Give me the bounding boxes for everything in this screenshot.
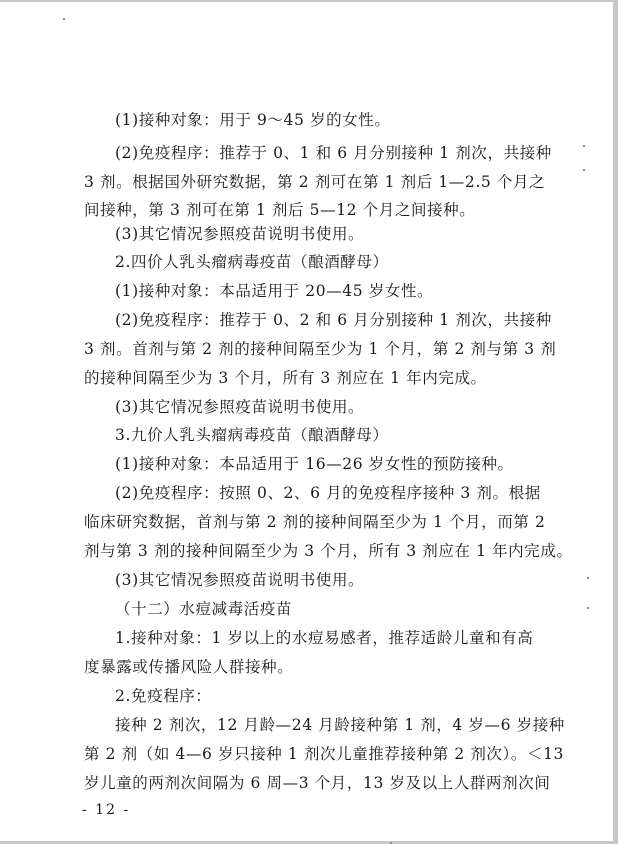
text-line: 3 剂。首剂与第 2 剂的接种间隔至少为 1 个月，第 2 剂与第 3 剂 [84,339,556,359]
text-line: (3)其它情况参照疫苗说明书使用。 [115,570,364,590]
text-line: 间接种，第 3 剂可在第 1 剂后 5—12 个月之间接种。 [84,200,475,220]
scan-speck [587,607,589,609]
text-line: (1)接种对象：本品适用于 16—26 岁女性的预防接种。 [115,454,514,474]
text-line: 3 剂。根据国外研究数据，第 2 剂可在第 1 剂后 1—2.5 个月之 [84,172,545,192]
text-line: (2)免疫程序：推荐于 0、2 和 6 月分别接种 1 剂次，共接种 [115,310,552,330]
text-line: 3.九价人乳头瘤病毒疫苗（酿酒酵母） [115,425,389,445]
scan-speck [587,577,589,579]
text-line: (1)接种对象：本品适用于 20—45 岁女性。 [115,281,433,301]
text-line: 岁儿童的两剂次间隔为 6 周—3 个月，13 岁及以上人群两剂次间 [84,773,550,793]
text-line: （十二）水痘减毒活疫苗 [115,599,292,619]
scan-speck [583,145,585,147]
text-line: (1)接种对象：用于 9～45 岁的女性。 [115,110,391,130]
text-line: 剂与第 3 剂的接种间隔至少为 3 个月，所有 3 剂应在 1 年内完成。 [84,541,573,561]
text-line: 第 2 剂（如 4—6 岁只接种 1 剂次儿童推荐接种第 2 剂次）。＜13 [84,744,564,764]
text-line: 2.四价人乳头瘤病毒疫苗（酿酒酵母） [115,252,389,272]
text-line: 2.免疫程序： [115,686,212,706]
text-line: (3)其它情况参照疫苗说明书使用。 [115,224,364,244]
text-line: 度暴露或传播风险人群接种。 [84,657,293,677]
text-line: (3)其它情况参照疫苗说明书使用。 [115,397,364,417]
scan-speck [63,18,65,20]
text-line: 1.接种对象：1 岁以上的水痘易感者，推荐适龄儿童和有高 [115,628,533,648]
text-line: 临床研究数据，首剂与第 2 剂的接种间隔至少为 1 个月，而第 2 [84,512,546,532]
text-line: (2)免疫程序：按照 0、2、6 月的免疫程序接种 3 剂。根据 [115,483,541,503]
scan-speck [583,169,585,171]
text-line: 接种 2 剂次，12 月龄—24 月龄接种第 1 剂，4 岁—6 岁接种 [115,715,565,735]
text-line: (2)免疫程序：推荐于 0、1 和 6 月分别接种 1 剂次，共接种 [115,143,552,163]
document-page: (1)接种对象：用于 9～45 岁的女性。(2)免疫程序：推荐于 0、1 和 6… [0,2,613,841]
page-number: - 12 - [82,802,130,818]
text-line: 的接种间隔至少为 3 个月，所有 3 剂应在 1 年内完成。 [84,368,487,388]
